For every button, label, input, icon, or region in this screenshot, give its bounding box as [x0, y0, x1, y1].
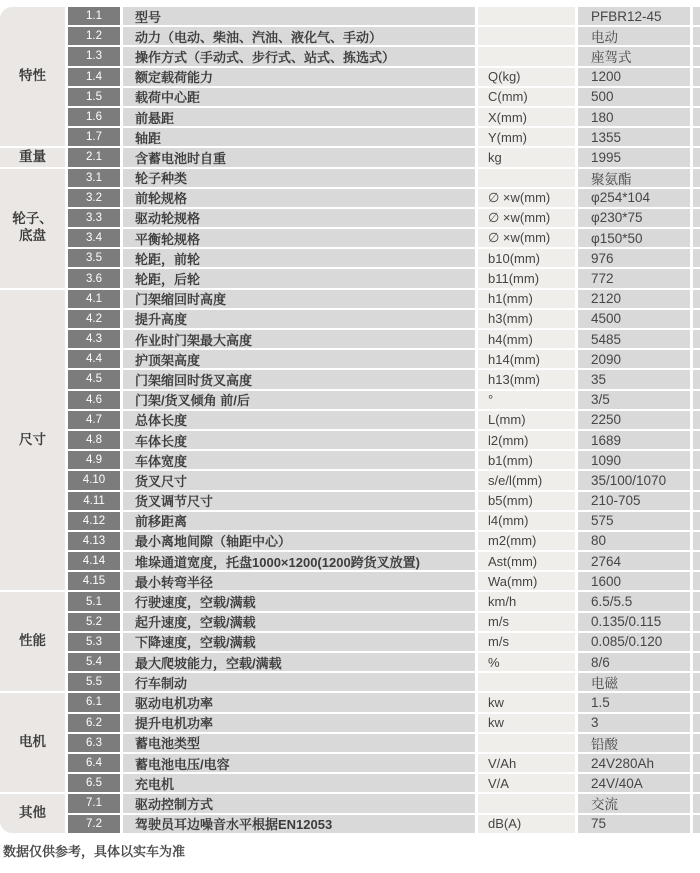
row-number-cell: 4.11 — [68, 492, 120, 510]
row-number-cell: 1.5 — [68, 88, 120, 106]
category-cell: 电机 — [0, 693, 65, 792]
table-edge-sliver — [693, 613, 700, 631]
spec-value-cell: φ230*75 — [578, 209, 690, 227]
table-edge-sliver — [693, 774, 700, 792]
spec-unit-cell: ∅ ×w(mm) — [478, 229, 575, 247]
table-edge-sliver — [693, 108, 700, 126]
row-number-cell: 1.6 — [68, 108, 120, 126]
spec-label-cell: 轮距，前轮 — [123, 249, 475, 267]
spec-label-cell: 驱动控制方式 — [123, 794, 475, 812]
table-edge-sliver — [693, 794, 700, 812]
spec-label-cell: 载荷中心距 — [123, 88, 475, 106]
spec-unit-cell: b1(mm) — [478, 451, 575, 469]
spec-unit-cell: L(mm) — [478, 411, 575, 429]
row-number-cell: 7.1 — [68, 794, 120, 812]
spec-unit-cell: h4(mm) — [478, 330, 575, 348]
spec-value-cell: φ254*104 — [578, 189, 690, 207]
spec-unit-cell: km/h — [478, 592, 575, 610]
spec-value-cell: 1355 — [578, 128, 690, 146]
spec-value-cell: 2250 — [578, 411, 690, 429]
spec-value-cell: 电动 — [578, 27, 690, 45]
row-number-cell: 3.4 — [68, 229, 120, 247]
spec-label-cell: 驾驶员耳边噪音水平根据EN12053 — [123, 815, 475, 833]
spec-value-cell: 35 — [578, 370, 690, 388]
spec-value-cell: 976 — [578, 249, 690, 267]
spec-label-cell: 提升高度 — [123, 310, 475, 328]
table-edge-sliver — [693, 592, 700, 610]
spec-value-cell: 575 — [578, 512, 690, 530]
row-number-cell: 4.9 — [68, 451, 120, 469]
table-edge-sliver — [693, 148, 700, 166]
spec-value-cell: 80 — [578, 532, 690, 550]
spec-unit-cell: kw — [478, 693, 575, 711]
spec-unit-cell — [478, 734, 575, 752]
spec-unit-cell: ° — [478, 391, 575, 409]
row-number-cell: 3.6 — [68, 269, 120, 287]
table-edge-sliver — [693, 128, 700, 146]
table-edge-sliver — [693, 269, 700, 287]
spec-value-cell: φ150*50 — [578, 229, 690, 247]
spec-unit-cell: Ast(mm) — [478, 552, 575, 570]
table-edge-sliver — [693, 431, 700, 449]
spec-value-cell: 电磁 — [578, 673, 690, 691]
spec-label-cell: 型号 — [123, 7, 475, 25]
spec-unit-cell: l2(mm) — [478, 431, 575, 449]
table-edge-sliver — [693, 47, 700, 65]
spec-value-cell: 210-705 — [578, 492, 690, 510]
spec-label-cell: 轮距，后轮 — [123, 269, 475, 287]
row-number-cell: 4.6 — [68, 391, 120, 409]
spec-label-cell: 行驶速度，空载/满载 — [123, 592, 475, 610]
spec-label-cell: 蓄电池类型 — [123, 734, 475, 752]
spec-value-cell: 2120 — [578, 290, 690, 308]
row-number-cell: 4.7 — [68, 411, 120, 429]
spec-label-cell: 货叉尺寸 — [123, 471, 475, 489]
row-number-cell: 5.5 — [68, 673, 120, 691]
row-number-cell: 2.1 — [68, 148, 120, 166]
spec-value-cell: PFBR12-45 — [578, 7, 690, 25]
spec-unit-cell: l4(mm) — [478, 512, 575, 530]
spec-label-cell: 护顶架高度 — [123, 350, 475, 368]
spec-unit-cell: Y(mm) — [478, 128, 575, 146]
table-edge-sliver — [693, 492, 700, 510]
spec-unit-cell: m/s — [478, 613, 575, 631]
spec-unit-cell: dB(A) — [478, 815, 575, 833]
row-number-cell: 6.4 — [68, 754, 120, 772]
spec-label-cell: 总体长度 — [123, 411, 475, 429]
row-number-cell: 5.1 — [68, 592, 120, 610]
spec-label-cell: 行车制动 — [123, 673, 475, 691]
row-number-cell: 4.5 — [68, 370, 120, 388]
row-number-cell: 3.5 — [68, 249, 120, 267]
table-edge-sliver — [693, 310, 700, 328]
spec-unit-cell: % — [478, 653, 575, 671]
spec-value-cell: 1200 — [578, 68, 690, 86]
spec-value-cell: 聚氨酯 — [578, 169, 690, 187]
table-edge-sliver — [693, 229, 700, 247]
spec-unit-cell: s/e/l(mm) — [478, 471, 575, 489]
category-cell: 尺寸 — [0, 290, 65, 591]
spec-unit-cell: X(mm) — [478, 108, 575, 126]
spec-label-cell: 额定载荷能力 — [123, 68, 475, 86]
spec-label-cell: 动力（电动、柴油、汽油、液化气、手动） — [123, 27, 475, 45]
spec-value-cell: 2090 — [578, 350, 690, 368]
row-number-cell: 4.4 — [68, 350, 120, 368]
table-edge-sliver — [693, 330, 700, 348]
spec-unit-cell: b10(mm) — [478, 249, 575, 267]
row-number-cell: 5.2 — [68, 613, 120, 631]
table-edge-sliver — [693, 512, 700, 530]
spec-unit-cell: h13(mm) — [478, 370, 575, 388]
row-number-cell: 4.10 — [68, 471, 120, 489]
row-number-cell: 4.12 — [68, 512, 120, 530]
spec-value-cell: 24V280Ah — [578, 754, 690, 772]
spec-value-cell: 交流 — [578, 794, 690, 812]
spec-value-cell: 0.085/0.120 — [578, 633, 690, 651]
spec-value-cell: 500 — [578, 88, 690, 106]
spec-table: 特性1.1型号PFBR12-451.2动力（电动、柴油、汽油、液化气、手动）电动… — [0, 7, 700, 833]
spec-unit-cell — [478, 673, 575, 691]
spec-label-cell: 前悬距 — [123, 108, 475, 126]
spec-label-cell: 含蓄电池时自重 — [123, 148, 475, 166]
spec-value-cell: 1.5 — [578, 693, 690, 711]
spec-unit-cell: V/Ah — [478, 754, 575, 772]
table-edge-sliver — [693, 552, 700, 570]
spec-value-cell: 4500 — [578, 310, 690, 328]
spec-value-cell: 1689 — [578, 431, 690, 449]
spec-label-cell: 车体长度 — [123, 431, 475, 449]
spec-unit-cell: C(mm) — [478, 88, 575, 106]
table-edge-sliver — [693, 370, 700, 388]
row-number-cell: 4.8 — [68, 431, 120, 449]
spec-value-cell: 75 — [578, 815, 690, 833]
spec-label-cell: 车体宽度 — [123, 451, 475, 469]
spec-value-cell: 0.135/0.115 — [578, 613, 690, 631]
spec-value-cell: 1600 — [578, 572, 690, 590]
spec-label-cell: 货叉调节尺寸 — [123, 492, 475, 510]
category-cell: 特性 — [0, 7, 65, 146]
row-number-cell: 4.3 — [68, 330, 120, 348]
spec-unit-cell — [478, 794, 575, 812]
table-edge-sliver — [693, 471, 700, 489]
table-edge-sliver — [693, 532, 700, 550]
category-cell: 其他 — [0, 794, 65, 832]
spec-unit-cell — [478, 7, 575, 25]
row-number-cell: 4.2 — [68, 310, 120, 328]
table-edge-sliver — [693, 815, 700, 833]
table-edge-sliver — [693, 27, 700, 45]
category-cell: 重量 — [0, 148, 65, 166]
category-cell: 轮子、底盘 — [0, 169, 65, 288]
table-edge-sliver — [693, 693, 700, 711]
spec-label-cell: 门架/货叉倾角 前/后 — [123, 391, 475, 409]
table-edge-sliver — [693, 714, 700, 732]
spec-label-cell: 驱动轮规格 — [123, 209, 475, 227]
spec-unit-cell: b5(mm) — [478, 492, 575, 510]
table-edge-sliver — [693, 169, 700, 187]
spec-value-cell: 35/100/1070 — [578, 471, 690, 489]
row-number-cell: 6.5 — [68, 774, 120, 792]
table-edge-sliver — [693, 249, 700, 267]
spec-value-cell: 180 — [578, 108, 690, 126]
table-edge-sliver — [693, 350, 700, 368]
table-edge-sliver — [693, 7, 700, 25]
row-number-cell: 1.3 — [68, 47, 120, 65]
row-number-cell: 1.2 — [68, 27, 120, 45]
spec-value-cell: 3 — [578, 714, 690, 732]
spec-label-cell: 最大爬坡能力，空载/满载 — [123, 653, 475, 671]
spec-value-cell: 772 — [578, 269, 690, 287]
spec-unit-cell: Q(kg) — [478, 68, 575, 86]
footer-note: 数据仅供参考，具体以实车为准 — [3, 841, 185, 860]
spec-unit-cell — [478, 169, 575, 187]
row-number-cell: 5.3 — [68, 633, 120, 651]
row-number-cell: 4.15 — [68, 572, 120, 590]
spec-label-cell: 下降速度，空载/满载 — [123, 633, 475, 651]
row-number-cell: 3.2 — [68, 189, 120, 207]
spec-value-cell: 5485 — [578, 330, 690, 348]
table-edge-sliver — [693, 290, 700, 308]
table-edge-sliver — [693, 754, 700, 772]
spec-unit-cell: ∅ ×w(mm) — [478, 189, 575, 207]
spec-unit-cell: V/A — [478, 774, 575, 792]
spec-label-cell: 轮子种类 — [123, 169, 475, 187]
spec-label-cell: 作业时门架最大高度 — [123, 330, 475, 348]
spec-label-cell: 充电机 — [123, 774, 475, 792]
table-edge-sliver — [693, 673, 700, 691]
category-cell: 性能 — [0, 592, 65, 691]
spec-label-cell: 蓄电池电压/电容 — [123, 754, 475, 772]
row-number-cell: 6.3 — [68, 734, 120, 752]
table-edge-sliver — [693, 653, 700, 671]
spec-label-cell: 驱动电机功率 — [123, 693, 475, 711]
spec-value-cell: 1090 — [578, 451, 690, 469]
spec-unit-cell: kw — [478, 714, 575, 732]
spec-unit-cell: h14(mm) — [478, 350, 575, 368]
row-number-cell: 3.3 — [68, 209, 120, 227]
row-number-cell: 1.1 — [68, 7, 120, 25]
spec-unit-cell: kg — [478, 148, 575, 166]
spec-label-cell: 提升电机功率 — [123, 714, 475, 732]
spec-label-cell: 前移距离 — [123, 512, 475, 530]
spec-label-cell: 最小转弯半径 — [123, 572, 475, 590]
forklift-spec-sheet: 特性1.1型号PFBR12-451.2动力（电动、柴油、汽油、液化气、手动）电动… — [0, 0, 700, 873]
row-number-cell: 4.1 — [68, 290, 120, 308]
spec-value-cell: 2764 — [578, 552, 690, 570]
spec-label-cell: 门架缩回时货叉高度 — [123, 370, 475, 388]
row-number-cell: 7.2 — [68, 815, 120, 833]
spec-unit-cell: h1(mm) — [478, 290, 575, 308]
spec-unit-cell: ∅ ×w(mm) — [478, 209, 575, 227]
spec-label-cell: 操作方式（手动式、步行式、站式、拣选式） — [123, 47, 475, 65]
spec-label-cell: 堆垛通道宽度，托盘1000×1200(1200跨货叉放置) — [123, 552, 475, 570]
row-number-cell: 4.13 — [68, 532, 120, 550]
spec-value-cell: 座驾式 — [578, 47, 690, 65]
row-number-cell: 1.7 — [68, 128, 120, 146]
row-number-cell: 4.14 — [68, 552, 120, 570]
spec-label-cell: 平衡轮规格 — [123, 229, 475, 247]
spec-label-cell: 起升速度，空载/满载 — [123, 613, 475, 631]
spec-unit-cell: m/s — [478, 633, 575, 651]
spec-value-cell: 铅酸 — [578, 734, 690, 752]
table-edge-sliver — [693, 451, 700, 469]
table-edge-sliver — [693, 391, 700, 409]
spec-unit-cell: Wa(mm) — [478, 572, 575, 590]
spec-value-cell: 6.5/5.5 — [578, 592, 690, 610]
table-edge-sliver — [693, 88, 700, 106]
spec-unit-cell: m2(mm) — [478, 532, 575, 550]
spec-value-cell: 8/6 — [578, 653, 690, 671]
row-number-cell: 5.4 — [68, 653, 120, 671]
table-edge-sliver — [693, 734, 700, 752]
row-number-cell: 6.2 — [68, 714, 120, 732]
row-number-cell: 1.4 — [68, 68, 120, 86]
spec-value-cell: 3/5 — [578, 391, 690, 409]
row-number-cell: 6.1 — [68, 693, 120, 711]
spec-unit-cell: b11(mm) — [478, 269, 575, 287]
table-edge-sliver — [693, 209, 700, 227]
table-edge-sliver — [693, 68, 700, 86]
table-edge-sliver — [693, 189, 700, 207]
table-edge-sliver — [693, 633, 700, 651]
spec-label-cell: 门架缩回时高度 — [123, 290, 475, 308]
spec-unit-cell — [478, 47, 575, 65]
spec-value-cell: 1995 — [578, 148, 690, 166]
spec-value-cell: 24V/40A — [578, 774, 690, 792]
spec-label-cell: 前轮规格 — [123, 189, 475, 207]
spec-label-cell: 最小离地间隙（轴距中心） — [123, 532, 475, 550]
table-edge-sliver — [693, 411, 700, 429]
spec-unit-cell: h3(mm) — [478, 310, 575, 328]
row-number-cell: 3.1 — [68, 169, 120, 187]
spec-unit-cell — [478, 27, 575, 45]
table-edge-sliver — [693, 572, 700, 590]
spec-label-cell: 轴距 — [123, 128, 475, 146]
